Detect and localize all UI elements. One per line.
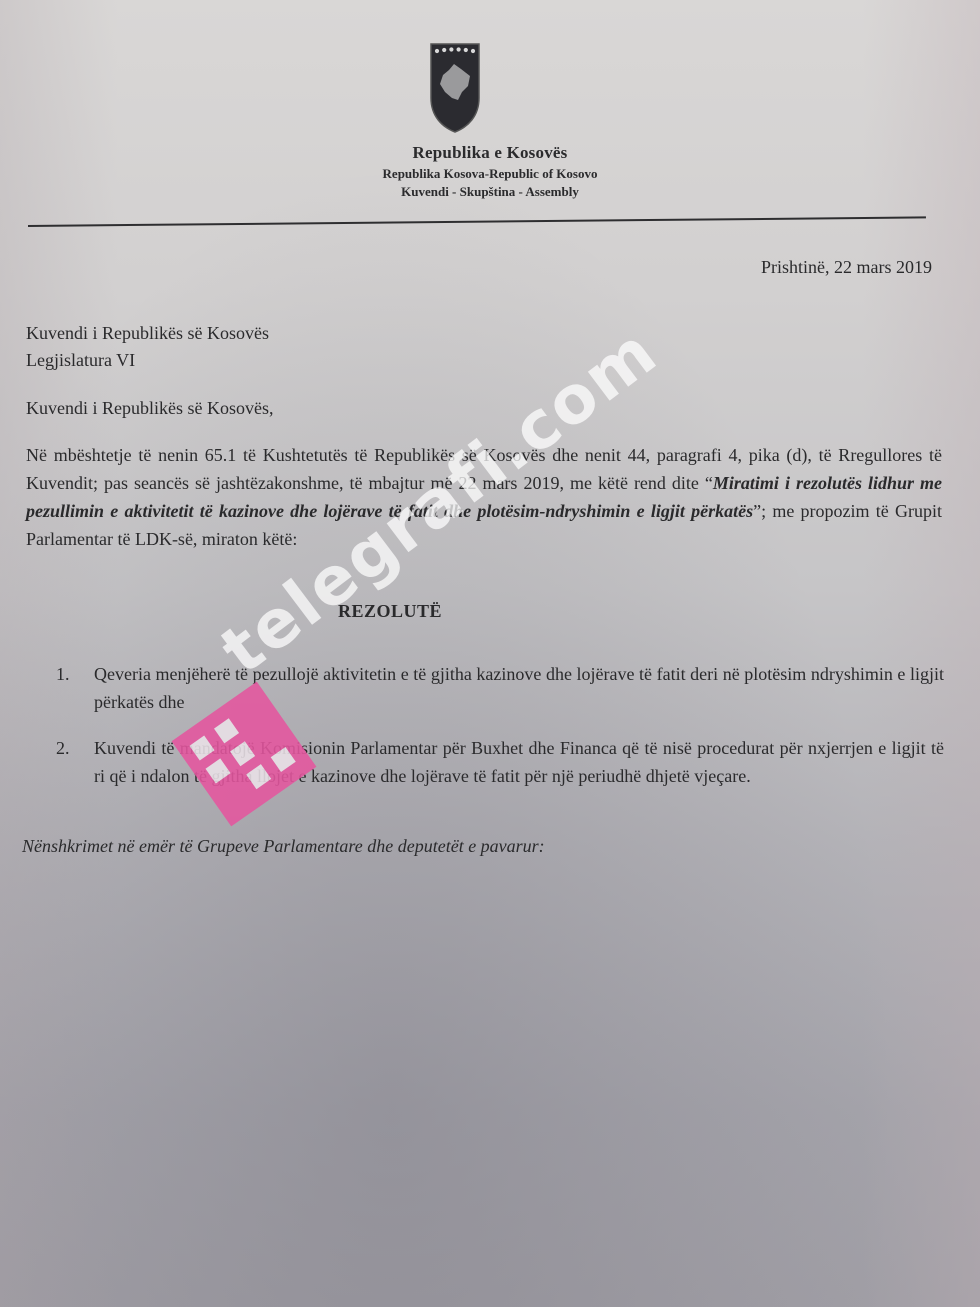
header-divider — [28, 216, 926, 227]
signatures-line: Nënshkrimet në emër të Grupeve Parlament… — [22, 836, 545, 857]
header-subtitle: Republika Kosova-Republic of Kosovo — [300, 166, 680, 182]
addressee-line-1: Kuvendi i Republikës së Kosovës — [26, 320, 269, 347]
document-page: Republika e Kosovës Republika Kosova-Rep… — [0, 0, 980, 1307]
resolution-item: 1. Qeveria menjëherë të pezullojë aktivi… — [56, 660, 944, 716]
header-institution: Kuvendi - Skupština - Assembly — [300, 184, 680, 200]
header-title: Republika e Kosovës — [300, 143, 680, 163]
resolution-title: REZOLUTË — [0, 601, 780, 622]
addressee-line-2: Legjislatura VI — [26, 347, 269, 374]
salutation: Kuvendi i Republikës së Kosovës, — [26, 398, 273, 419]
item-number: 2. — [56, 734, 94, 790]
item-number: 1. — [56, 660, 94, 716]
kosovo-coat-of-arms-icon — [428, 42, 482, 134]
addressee: Kuvendi i Republikës së Kosovës Legjisla… — [26, 320, 269, 374]
date-line: Prishtinë, 22 mars 2019 — [761, 257, 932, 278]
